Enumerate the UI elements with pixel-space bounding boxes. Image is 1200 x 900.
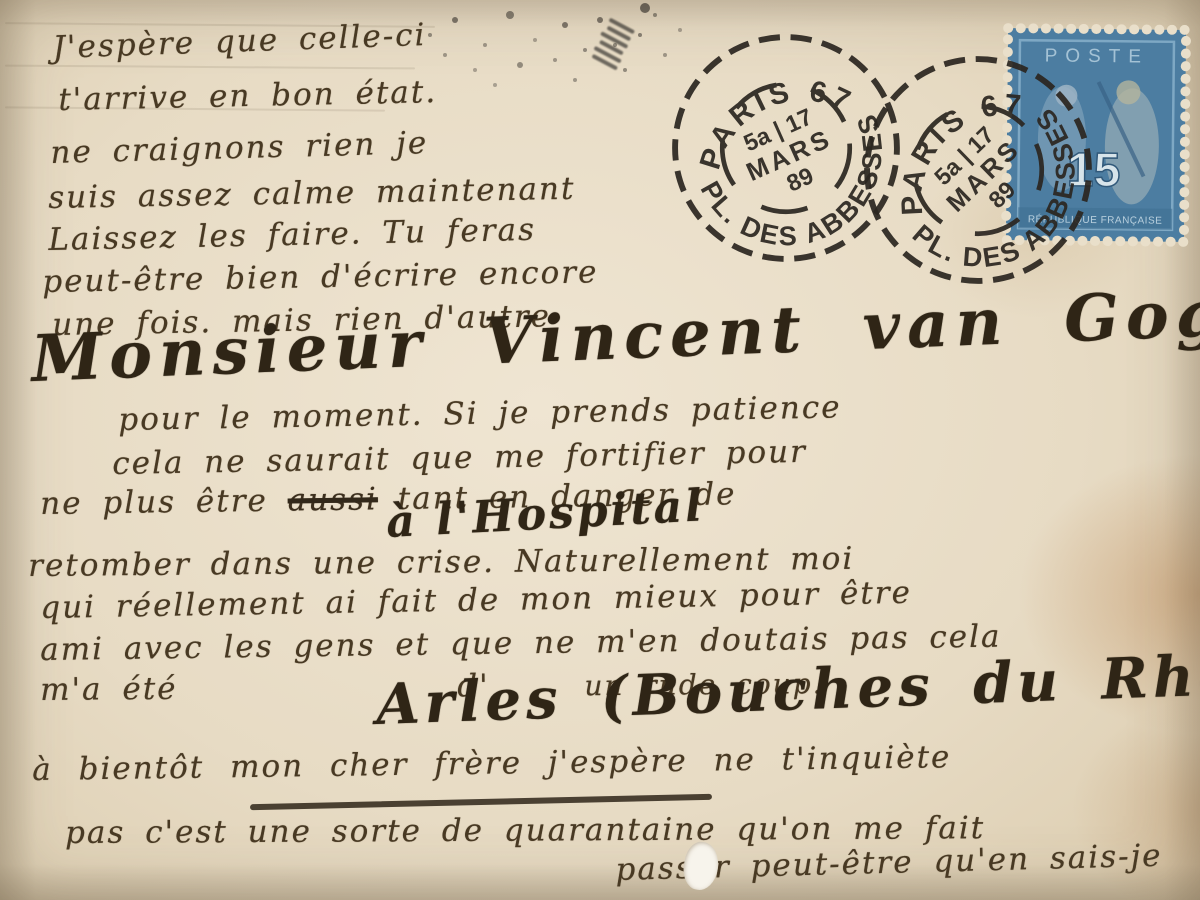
split-part-a: m'a été	[40, 671, 178, 708]
envelope-paper: J'espère que celle-ci t'arrive en bon ét…	[0, 0, 1200, 900]
handwriting-line: Laissez les faire. Tu feras	[48, 212, 536, 258]
handwriting-line: peut-être bien d'écrire encore	[42, 254, 599, 300]
strike-pre-text: ne plus être	[40, 483, 268, 522]
ink-smudge-art	[415, 0, 705, 112]
stamp-top-label: POSTE	[1045, 45, 1150, 67]
handwriting-line: ne craignons rien je	[50, 125, 429, 171]
smudge-speckles	[428, 3, 682, 87]
handwriting-line: cela ne saurait que me fortifier pour	[112, 434, 807, 482]
handwriting-line: suis assez calme maintenant	[48, 171, 576, 216]
handwriting-line: pour le moment. Si je prends patience	[118, 389, 842, 438]
crossed-out-word: aussi	[287, 481, 378, 518]
handwriting-line: à bientôt mon cher frère j'espère ne t'i…	[32, 739, 952, 788]
underline-stroke	[250, 794, 712, 810]
handwriting-line: pas c'est une sorte de quarantaine qu'on…	[65, 810, 985, 851]
ink-smudge	[415, 0, 705, 112]
smudge-smeared-strokes	[589, 17, 637, 70]
